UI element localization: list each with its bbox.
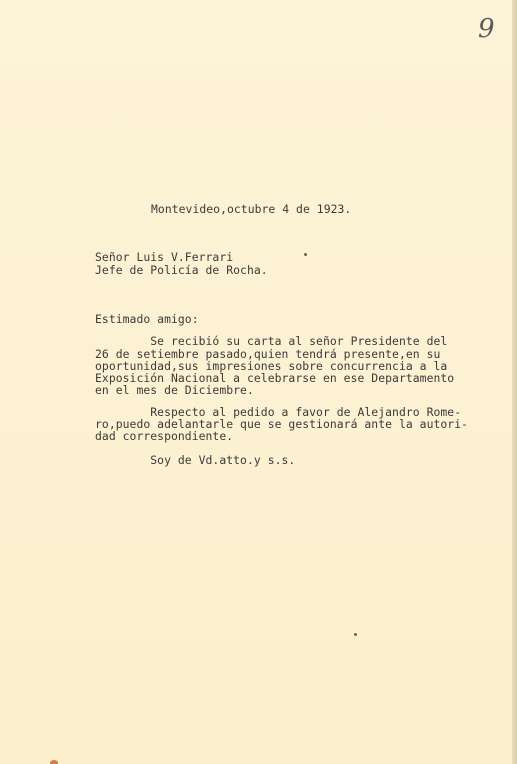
salutation: Estimado amigo: — [95, 313, 199, 327]
ink-speck — [354, 633, 357, 636]
ink-speck — [304, 253, 307, 256]
paper-stain — [50, 760, 58, 764]
page-number: 9 — [478, 14, 495, 44]
place-date: Montevideo,octubre 4 de 1923. — [151, 203, 351, 217]
recipient-title: Jefe de Policía de Rocha. — [95, 264, 268, 278]
page-edge — [512, 0, 517, 764]
paragraph-line: en el mes de Diciembre. — [95, 384, 254, 398]
paragraph-line: dad correspondiente. — [95, 430, 233, 444]
closing: Soy de Vd.atto.y s.s. — [95, 454, 295, 468]
